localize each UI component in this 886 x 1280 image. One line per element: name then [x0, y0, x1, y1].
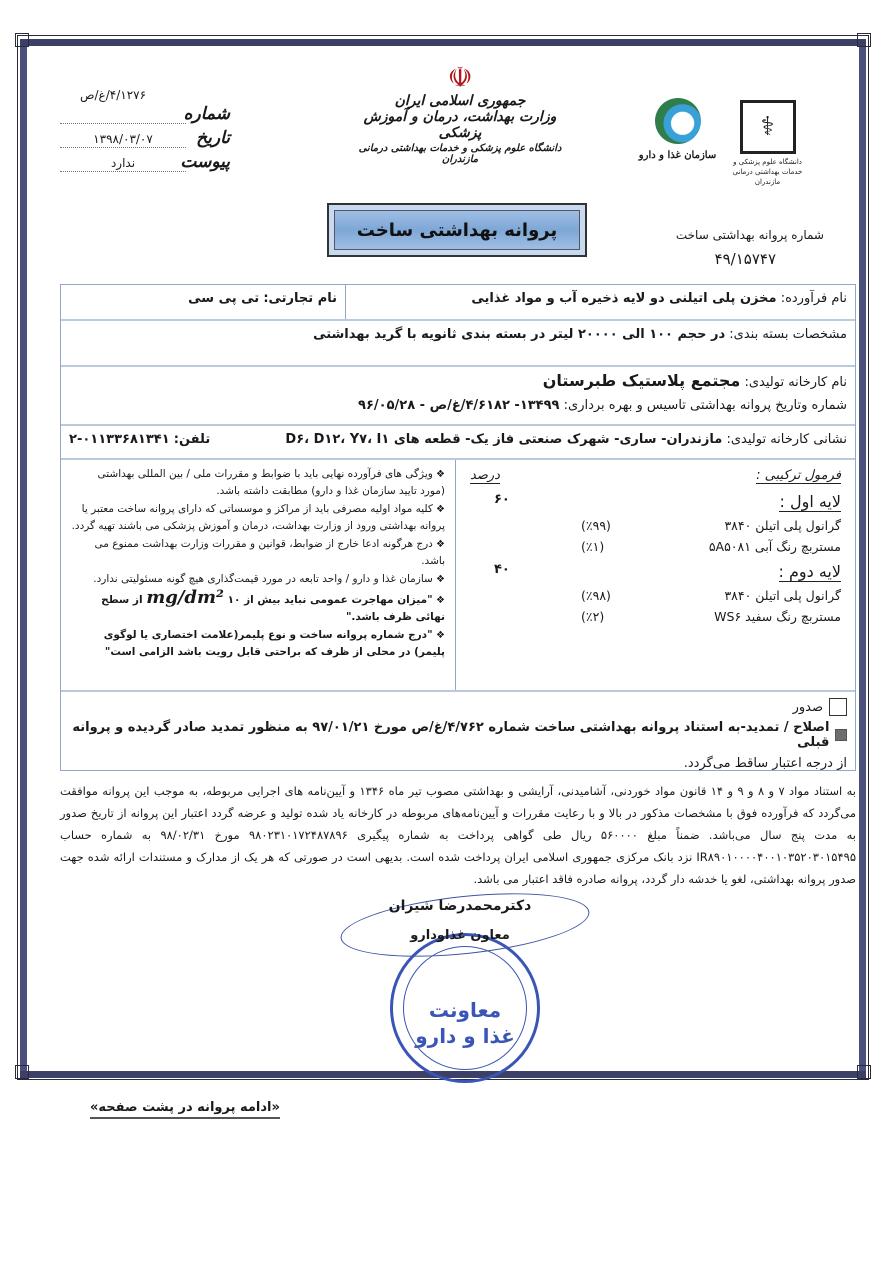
- product-name-value: مخزن پلی اتیلنی دو لایه ذخیره آب و مواد …: [471, 291, 776, 306]
- reference-block: شماره تاریخ ۱۳۹۸/۰۳/۰۷ پیوست ندارد: [60, 100, 230, 172]
- attachment-row: پیوست ندارد: [60, 148, 230, 172]
- component-row: گرانول پلی اتیلن ۳۸۴۰ (٪۹۸): [470, 588, 841, 603]
- fda-logo-caption: سازمان غذا و دارو: [635, 150, 720, 161]
- address-label: نشانی کارخانه تولیدی:: [726, 432, 847, 447]
- date-value: ۱۳۹۸/۰۳/۰۷: [60, 130, 186, 148]
- number-value: [60, 106, 186, 124]
- address-cell: نشانی کارخانه تولیدی: مازندران- ساری- شه…: [277, 426, 855, 458]
- notes-section: ویژگی های فرآورده نهایی باید با ضوابط و …: [61, 460, 455, 690]
- note-item: "درج شماره پروانه ساخت و نوع پلیمر(علامت…: [71, 627, 445, 660]
- component-row: مستربچ رنگ سفید WS۶ (٪۲): [470, 609, 841, 624]
- attachment-label: پیوست: [186, 152, 230, 172]
- license-details-table: نام فرآورده: مخزن پلی اتیلنی دو لایه ذخی…: [60, 284, 856, 771]
- factory-license-label: شماره وتاریخ پروانه بهداشتی تاسیس و بهره…: [564, 398, 847, 413]
- formula-header: فرمول ترکیبی : درصد: [470, 468, 841, 484]
- factory-name-value: مجتمع پلاستیک طبرستان: [543, 371, 741, 390]
- date-label: تاریخ: [186, 128, 230, 148]
- formula-heading: فرمول ترکیبی :: [756, 468, 841, 484]
- document-content: ۴/۱۲۷۶/غ/ص شماره تاریخ ۱۳۹۸/۰۳/۰۷ پیوست …: [30, 48, 856, 1068]
- attachment-value: ندارد: [60, 154, 186, 172]
- frame-corner: [15, 1065, 29, 1079]
- layer-2: لایه دوم : ۴۰: [470, 562, 841, 582]
- layer-title: لایه اول :: [779, 492, 841, 512]
- product-name-cell: نام فرآورده: مخزن پلی اتیلنی دو لایه ذخی…: [345, 285, 855, 319]
- layer-1: لایه اول : ۶۰: [470, 492, 841, 512]
- university-title: دانشگاه علوم پزشکی و خدمات بهداشتی درمان…: [340, 143, 580, 165]
- republic-title: جمهوری اسلامی ایران: [340, 93, 580, 109]
- license-number: ۴۹/۱۵۷۴۷: [715, 250, 776, 268]
- layer-percent: ۴۰: [494, 562, 510, 582]
- issue-checkbox: [829, 698, 847, 716]
- university-logo-icon: ⚕: [740, 100, 796, 154]
- phone-label: تلفن:: [174, 432, 210, 447]
- fda-logo-icon: [655, 98, 701, 144]
- official-stamp: معاونت غذا و دارو: [390, 933, 540, 1083]
- frame-corner: [857, 33, 871, 47]
- factory-row: نام کارخانه تولیدی: مجتمع پلاستیک طبرستا…: [61, 367, 855, 426]
- stamp-ring: [403, 946, 527, 1070]
- frame-corner: [857, 1065, 871, 1079]
- amend-checkbox: [835, 729, 847, 741]
- component-name: مستربچ رنگ آبی ۵A۵۰۸۱: [641, 539, 841, 554]
- amend-continuation: از درجه اعتبار ساقط می‌گردد.: [69, 756, 847, 771]
- continued-note: «ادامه پروانه در پشت صفحه»: [90, 1100, 280, 1119]
- factory-name-label: نام کارخانه تولیدی:: [744, 375, 847, 390]
- document-title-box: پروانه بهداشتی ساخت: [327, 203, 587, 257]
- brand-value: تی پی سی: [188, 291, 259, 306]
- phone-cell: تلفن: ۰۱۱۳۳۶۸۱۳۴۱-۲: [61, 426, 218, 458]
- component-name: گرانول پلی اتیلن ۳۸۴۰: [641, 518, 841, 533]
- address-row: نشانی کارخانه تولیدی: مازندران- ساری- شه…: [61, 426, 855, 460]
- emblem-icon: ☫: [430, 63, 490, 93]
- component-share: (٪۹۹): [581, 518, 641, 533]
- ministry-title: وزارت بهداشت، درمان و آموزش پزشکی: [340, 109, 580, 141]
- signatory-role: معاون غذاودارو: [330, 928, 590, 943]
- date-row: تاریخ ۱۳۹۸/۰۳/۰۷: [60, 124, 230, 148]
- component-share: (٪۱): [581, 539, 641, 554]
- component-row: مستربچ رنگ آبی ۵A۵۰۸۱ (٪۱): [470, 539, 841, 554]
- number-row: شماره: [60, 100, 230, 124]
- factory-name-cell: نام کارخانه تولیدی: مجتمع پلاستیک طبرستا…: [61, 367, 855, 394]
- component-share: (٪۲): [581, 609, 641, 624]
- formula-notes-row: فرمول ترکیبی : درصد لایه اول : ۶۰ گرانول…: [61, 460, 855, 692]
- university-logo-caption: دانشگاه علوم پزشکی و خدمات بهداشتی درمان…: [730, 157, 805, 187]
- factory-license-cell: شماره وتاریخ پروانه بهداشتی تاسیس و بهره…: [61, 394, 855, 417]
- migration-prefix: "میزان مهاجرت عمومی نباید بیش از: [244, 594, 432, 606]
- university-logo: ⚕ دانشگاه علوم پزشکی و خدمات بهداشتی درم…: [730, 100, 805, 187]
- note-item: درج هرگونه ادعا خارج از ضوابط، قوانین و …: [71, 536, 445, 569]
- percent-heading: درصد: [470, 468, 500, 484]
- component-name: مستربچ رنگ سفید WS۶: [641, 609, 841, 624]
- amend-label: اصلاح / تمدید-به استناد پروانه بهداشتی س…: [69, 720, 829, 750]
- factory-license-value: ۱۳۴۹۹- ۴/۶۱۸۲/غ/ص - ۹۶/۰۵/۲۸: [358, 398, 559, 413]
- iran-emblem: ☫: [430, 63, 490, 93]
- packaging-cell: مشخصات بسته بندی: در حجم ۱۰۰ الی ۲۰۰۰۰ ل…: [305, 321, 855, 365]
- component-name: گرانول پلی اتیلن ۳۸۴۰: [641, 588, 841, 603]
- issue-label: صدور: [793, 700, 823, 715]
- brand-cell: نام تجارتی: تی پی سی: [61, 285, 345, 319]
- frame-corner: [15, 33, 29, 47]
- signature-block: دکترمحمدرضا شیران معاون غذاودارو: [330, 898, 590, 943]
- brand-label: نام تجارتی:: [263, 291, 337, 306]
- component-share: (٪۹۸): [581, 588, 641, 603]
- packaging-value: در حجم ۱۰۰ الی ۲۰۰۰۰ لیتر در بسته بندی ث…: [313, 327, 725, 342]
- note-item: ویژگی های فرآورده نهایی باید با ضوابط و …: [71, 466, 445, 499]
- government-header: جمهوری اسلامی ایران وزارت بهداشت، درمان …: [340, 93, 580, 165]
- amend-option: اصلاح / تمدید-به استناد پروانه بهداشتی س…: [69, 720, 847, 750]
- formula-section: فرمول ترکیبی : درصد لایه اول : ۶۰ گرانول…: [455, 460, 855, 690]
- status-row: صدور اصلاح / تمدید-به استناد پروانه بهدا…: [61, 692, 855, 770]
- packaging-row: مشخصات بسته بندی: در حجم ۱۰۰ الی ۲۰۰۰۰ ل…: [61, 321, 855, 367]
- product-name-label: نام فرآورده:: [781, 291, 847, 306]
- phone-value: ۰۱۱۳۳۶۸۱۳۴۱-۲: [69, 432, 170, 447]
- signatory-name: دکترمحمدرضا شیران: [330, 898, 590, 914]
- legal-paragraph: به استناد مواد ۷ و ۸ و ۹ و ۱۴ قانون مواد…: [60, 780, 856, 890]
- packaging-label: مشخصات بسته بندی:: [729, 327, 847, 342]
- address-value: مازندران- ساری- شهرک صنعتی فاز یک- قطعه …: [285, 432, 722, 447]
- product-row: نام فرآورده: مخزن پلی اتیلنی دو لایه ذخی…: [61, 285, 855, 321]
- document-title: پروانه بهداشتی ساخت: [357, 220, 557, 241]
- note-item: کلیه مواد اولیه مصرفی باید از مراکز و مو…: [71, 501, 445, 534]
- license-number-label: شماره پروانه بهداشتی ساخت: [676, 228, 824, 242]
- layer-title: لایه دوم :: [779, 562, 841, 582]
- migration-unit: mg/dm²: [146, 587, 224, 608]
- component-row: گرانول پلی اتیلن ۳۸۴۰ (٪۹۹): [470, 518, 841, 533]
- migration-limit-note: "میزان مهاجرت عمومی نباید بیش از mg/dm² …: [71, 590, 445, 625]
- issue-option: صدور: [69, 698, 847, 716]
- fda-logo: سازمان غذا و دارو: [635, 98, 720, 161]
- layer-percent: ۶۰: [494, 492, 510, 512]
- number-label: شماره: [186, 104, 230, 124]
- note-item: سازمان غذا و دارو / واحد تابعه در مورد ق…: [71, 571, 445, 588]
